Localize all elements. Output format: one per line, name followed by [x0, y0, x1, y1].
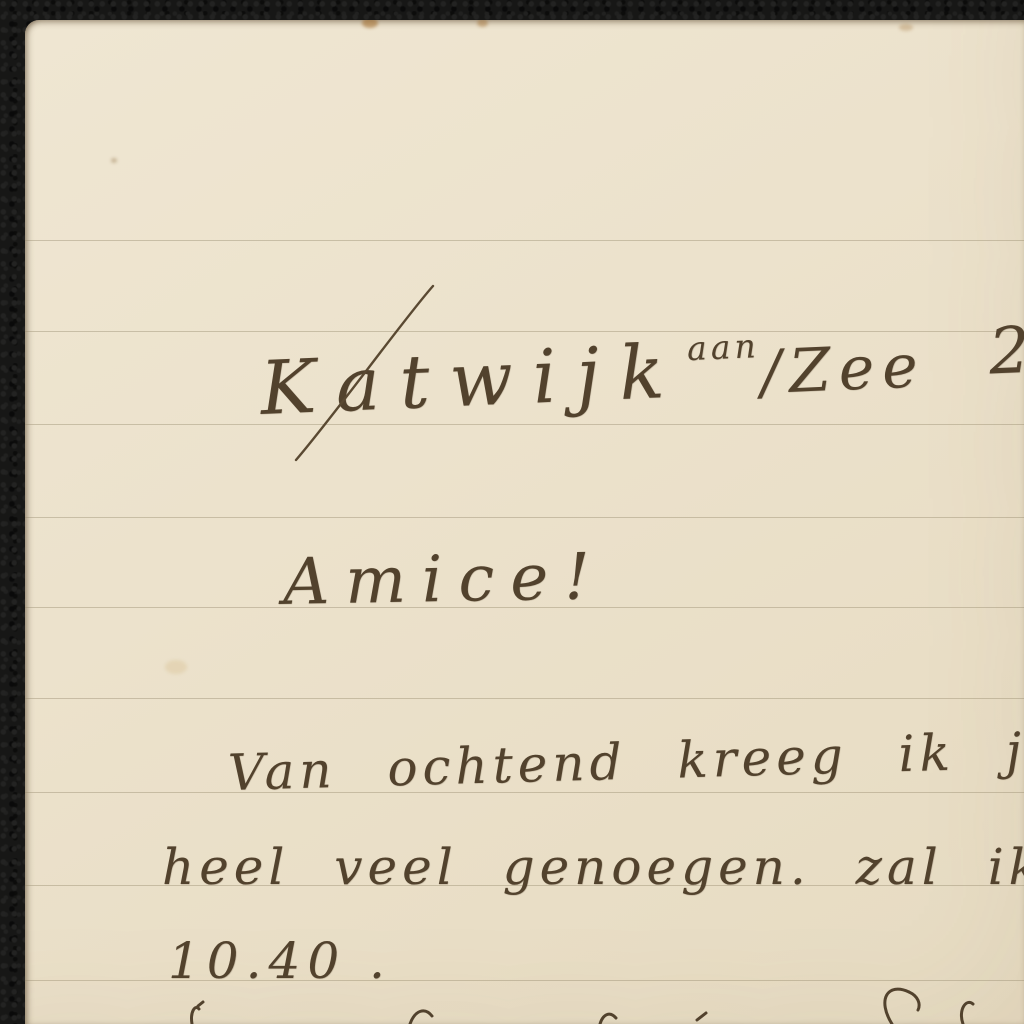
handwriting-time-line: 10.40 . [168, 936, 392, 986]
dateline-place: Katwijk [259, 328, 686, 432]
partial-handwriting-strokes [192, 989, 973, 1024]
ruled-line [25, 424, 1024, 425]
foxing-stain [165, 660, 187, 674]
photo-backdrop: Katwijkaan/Zee24 Amice! Van ochtend kree… [0, 0, 1024, 1024]
dateline-superscript: aan [686, 326, 760, 368]
letter-paper: Katwijkaan/Zee24 Amice! Van ochtend kree… [25, 20, 1024, 1024]
foxing-stain [477, 20, 488, 27]
handwriting-body-line: Van ochtend kreeg ik j. bri [227, 721, 1024, 798]
foxing-stain [899, 24, 913, 31]
foxing-stain [111, 158, 117, 163]
dateline-slash-part: /Zee [759, 331, 927, 408]
dateline-day: 24 [987, 311, 1024, 389]
ruled-line [25, 240, 1024, 241]
ruled-line [25, 698, 1024, 699]
foxing-stain [362, 20, 378, 28]
handwriting-dateline: Katwijkaan/Zee24 [259, 317, 1024, 426]
handwriting-salutation: Amice! [282, 545, 606, 615]
handwriting-body-line: heel veel genoegen. zal ik je Zo [162, 842, 1024, 892]
ruled-line [25, 517, 1024, 518]
